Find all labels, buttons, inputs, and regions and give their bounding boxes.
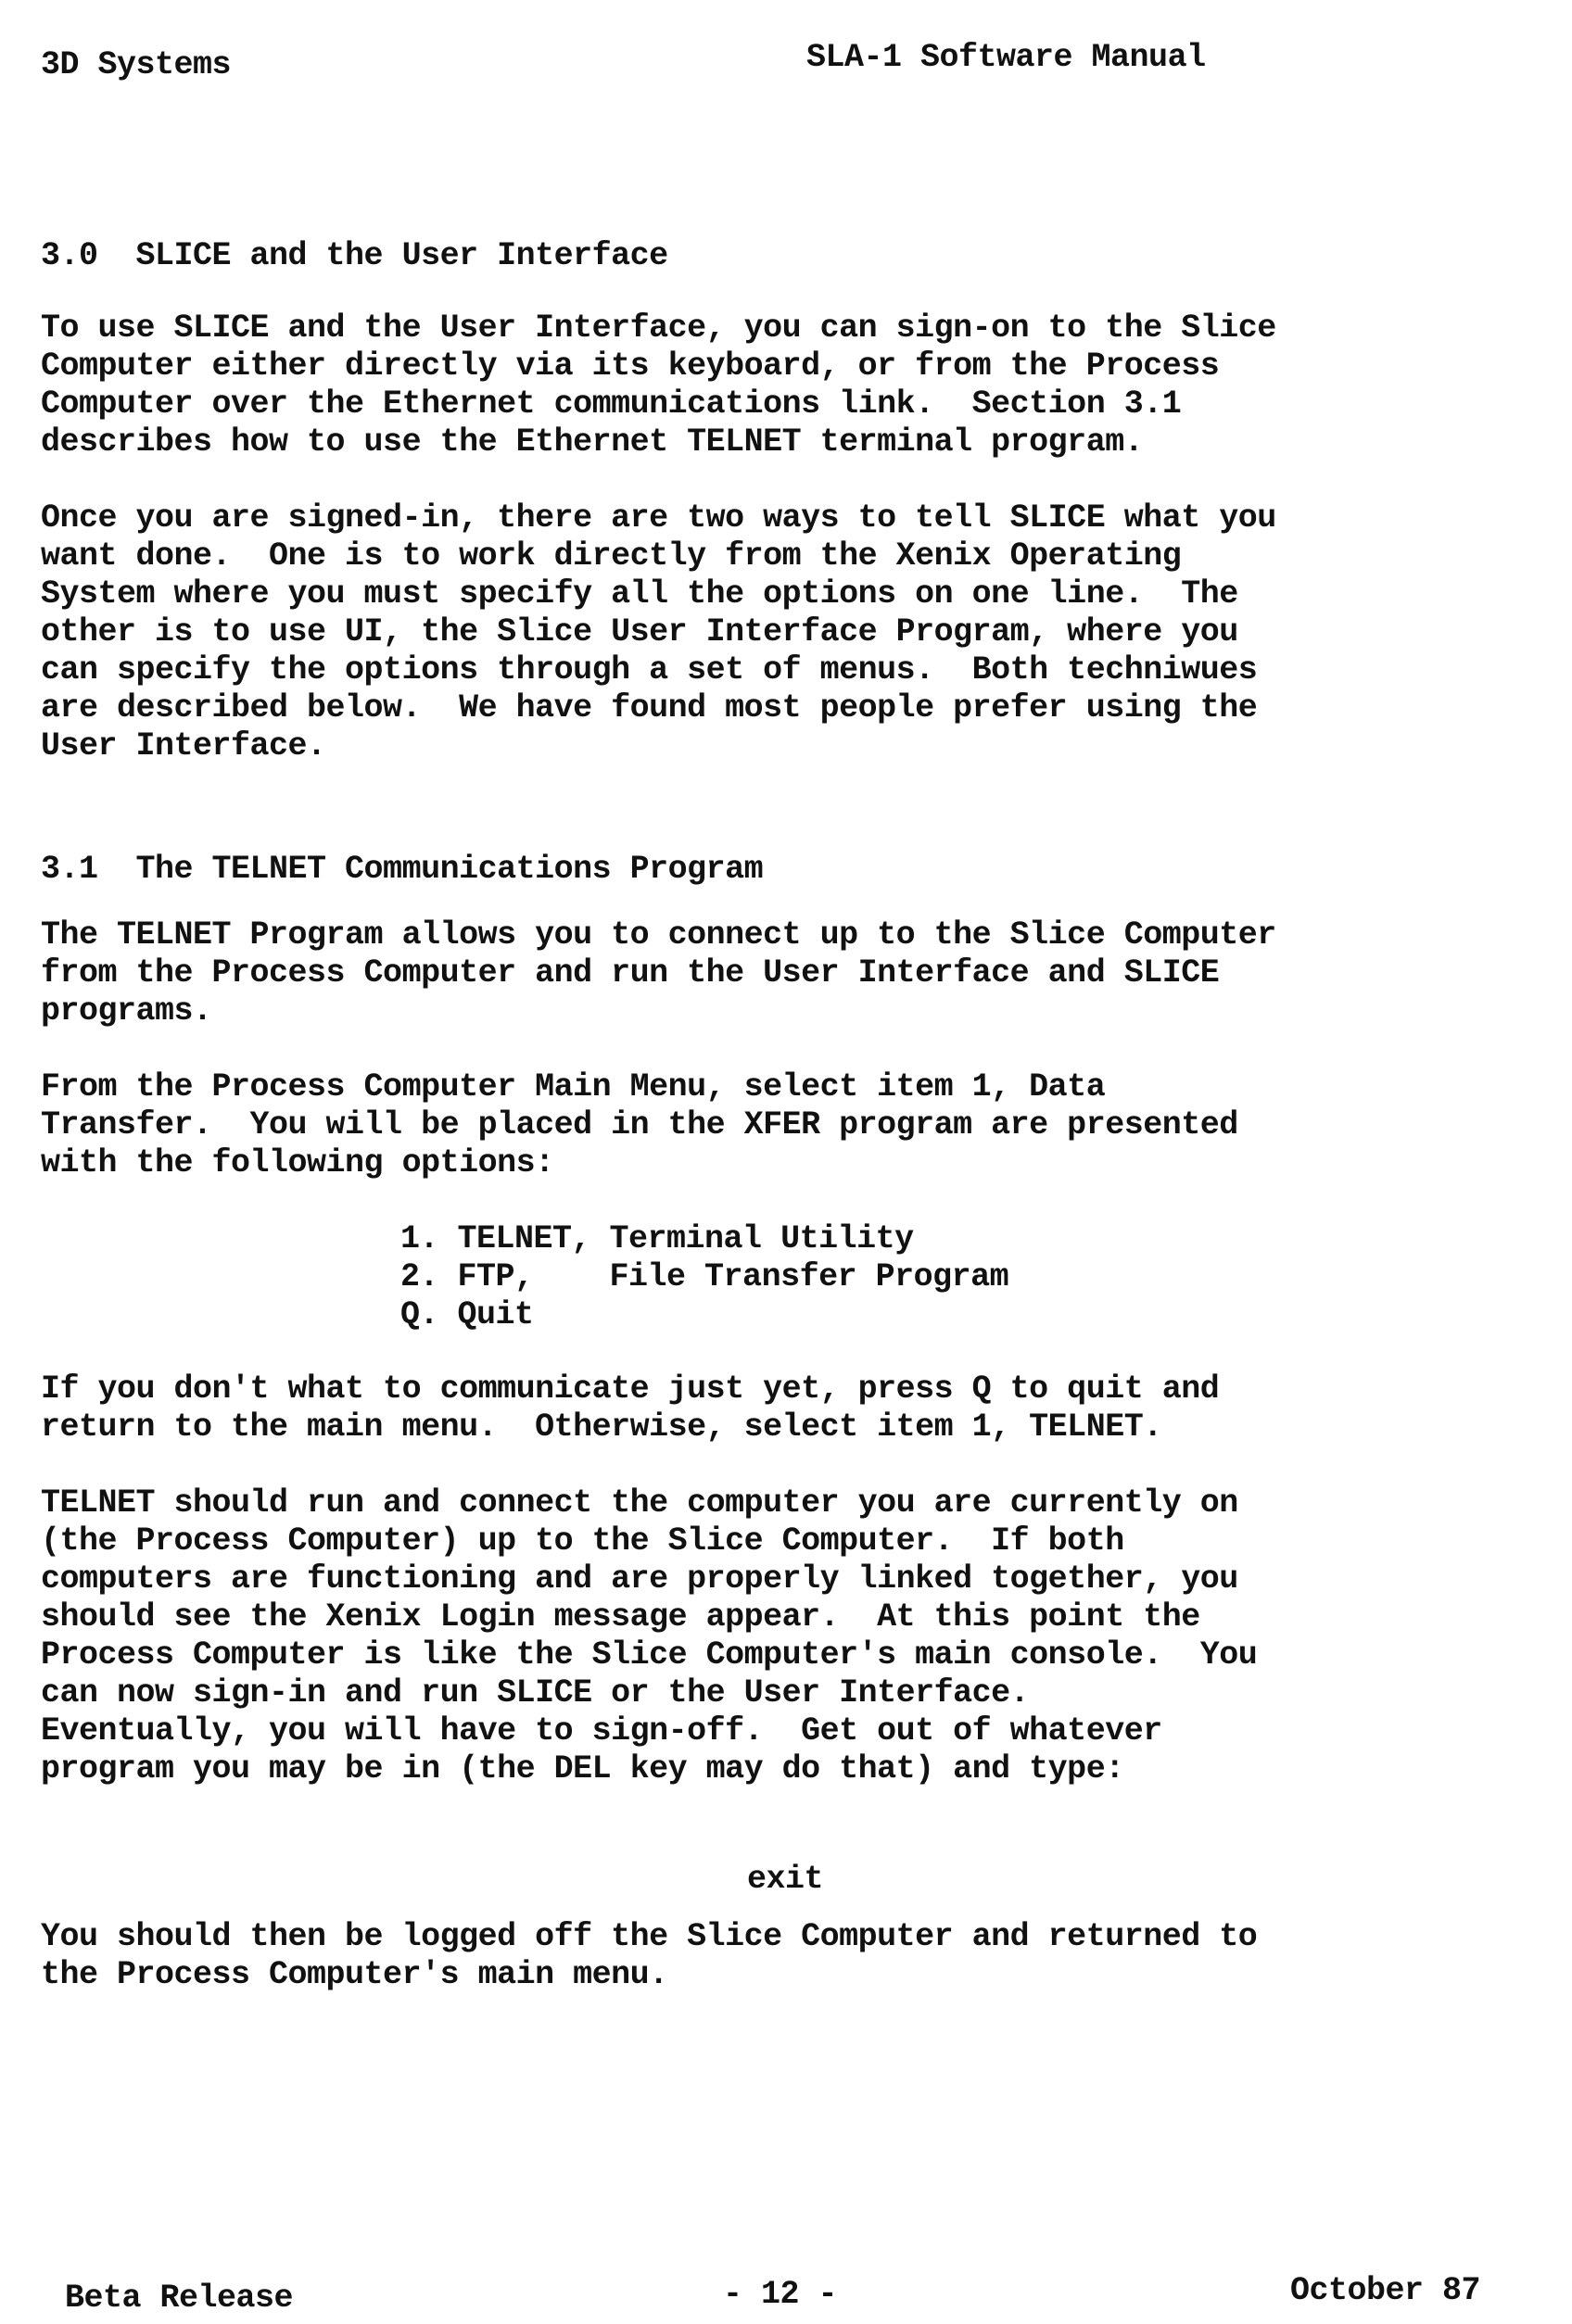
text-line: To use SLICE and the User Interface, you… <box>41 309 1542 347</box>
text-line: The TELNET Program allows you to connect… <box>41 916 1542 954</box>
text-line: User Interface. <box>41 727 1542 765</box>
paragraph-sign-off: Eventually, you will have to sign-off. G… <box>41 1712 1542 1788</box>
header-company: 3D Systems <box>41 46 231 83</box>
text-line: You should then be logged off the Slice … <box>41 1918 1542 1956</box>
text-line: want done. One is to work directly from … <box>41 537 1542 575</box>
paragraph-logged-off: You should then be logged off the Slice … <box>41 1918 1542 1994</box>
text-line: TELNET should run and connect the comput… <box>41 1484 1542 1522</box>
text-line: Transfer. You will be placed in the XFER… <box>41 1106 1542 1144</box>
paragraph-telnet-connect: TELNET should run and connect the comput… <box>41 1484 1542 1712</box>
paragraph-main-menu: From the Process Computer Main Menu, sel… <box>41 1068 1542 1182</box>
text-line: Process Computer is like the Slice Compu… <box>41 1636 1542 1674</box>
paragraph-sign-on: To use SLICE and the User Interface, you… <box>41 309 1542 461</box>
footer-release: Beta Release <box>65 2280 293 2317</box>
text-line: Once you are signed-in, there are two wa… <box>41 499 1542 537</box>
text-line: program you may be in (the DEL key may d… <box>41 1750 1542 1788</box>
text-line: programs. <box>41 992 1542 1030</box>
paragraph-telnet-intro: The TELNET Program allows you to connect… <box>41 916 1542 1030</box>
option-quit: Q. Quit <box>400 1296 1008 1334</box>
paragraph-two-ways: Once you are signed-in, there are two wa… <box>41 499 1542 765</box>
text-line: Computer over the Ethernet communication… <box>41 385 1542 423</box>
text-line: Computer either directly via its keyboar… <box>41 347 1542 385</box>
text-line: return to the main menu. Otherwise, sele… <box>41 1408 1542 1446</box>
option-ftp: 2. FTP, File Transfer Program <box>400 1258 1008 1296</box>
text-line: can now sign-in and run SLICE or the Use… <box>41 1674 1542 1712</box>
footer-date: October 87 <box>1290 2272 1480 2309</box>
text-line: Eventually, you will have to sign-off. G… <box>41 1712 1542 1750</box>
footer-page-number: - 12 - <box>723 2276 837 2313</box>
text-line: the Process Computer's main menu. <box>41 1956 1542 1994</box>
text-line: should see the Xenix Login message appea… <box>41 1598 1542 1636</box>
exit-command: exit <box>747 1861 823 1898</box>
text-line: with the following options: <box>41 1144 1542 1182</box>
section-heading-3-0: 3.0 SLICE and the User Interface <box>41 237 668 274</box>
text-line: are described below. We have found most … <box>41 689 1542 727</box>
text-line: computers are functioning and are proper… <box>41 1560 1542 1598</box>
text-line: from the Process Computer and run the Us… <box>41 954 1542 992</box>
section-heading-3-1: 3.1 The TELNET Communications Program <box>41 851 763 888</box>
text-line: (the Process Computer) up to the Slice C… <box>41 1522 1542 1560</box>
xfer-options-list: 1. TELNET, Terminal Utility 2. FTP, File… <box>400 1220 1008 1334</box>
text-line: describes how to use the Ethernet TELNET… <box>41 423 1542 461</box>
text-line: If you don't what to communicate just ye… <box>41 1370 1542 1408</box>
option-telnet: 1. TELNET, Terminal Utility <box>400 1220 1008 1258</box>
text-line: System where you must specify all the op… <box>41 575 1542 613</box>
text-line: From the Process Computer Main Menu, sel… <box>41 1068 1542 1106</box>
text-line: other is to use UI, the Slice User Inter… <box>41 613 1542 651</box>
text-line: can specify the options through a set of… <box>41 651 1542 689</box>
header-manual-title: SLA-1 Software Manual <box>806 39 1206 76</box>
paragraph-quit-or-telnet: If you don't what to communicate just ye… <box>41 1370 1542 1446</box>
